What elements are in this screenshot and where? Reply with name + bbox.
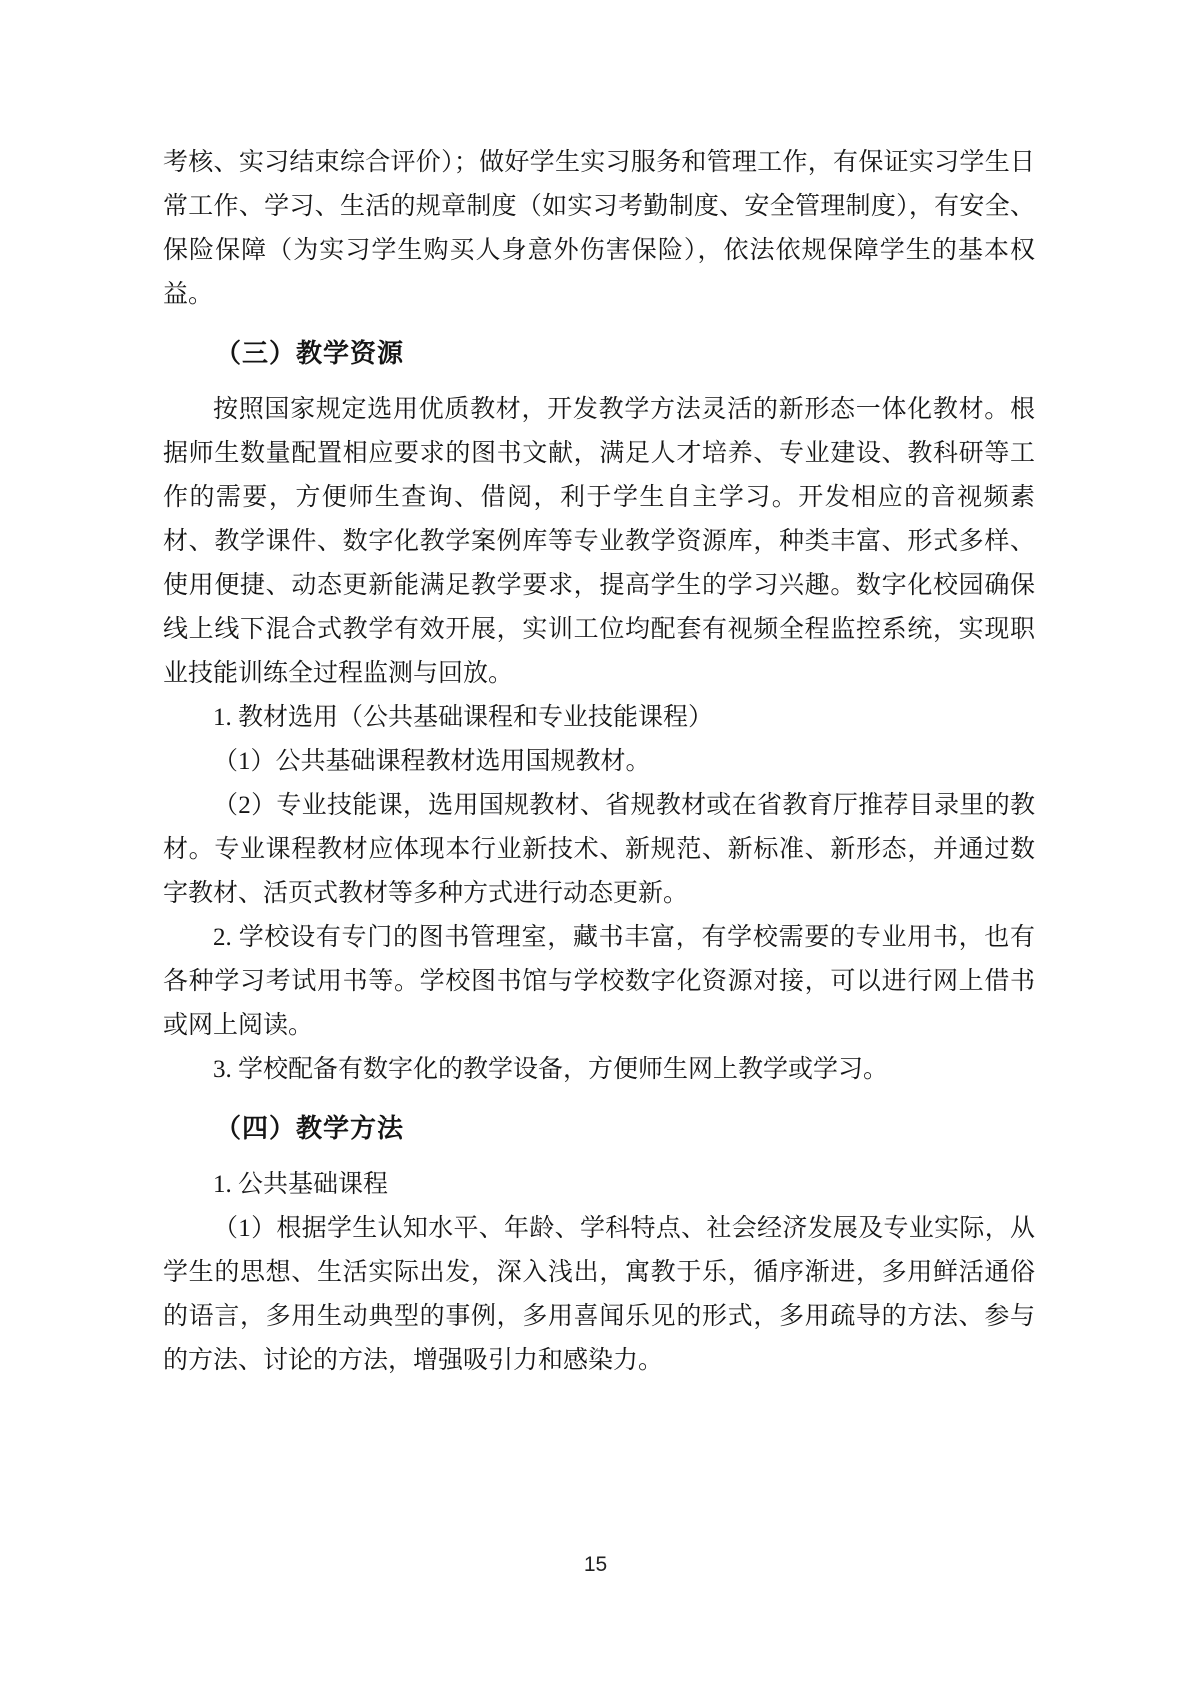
list-item-textbook-selection: 1. 教材选用（公共基础课程和专业技能课程） [163,696,1035,740]
list-item-public-basic-textbooks: （1）公共基础课程教材选用国规教材。 [163,740,1035,784]
list-item-professional-skill-textbooks: （2）专业技能课，选用国规教材、省规教材或在省教育厅推荐目录里的教材。专业课程教… [163,784,1035,916]
section-heading-teaching-resources: （三）教学资源 [163,331,1035,375]
list-item-digital-equipment: 3. 学校配备有数字化的教学设备，方便师生网上教学或学习。 [163,1048,1035,1092]
document-page: 考核、实习结束综合评价）；做好学生实习服务和管理工作，有保证实习学生日常工作、学… [0,0,1191,1684]
section-heading-teaching-methods: （四）教学方法 [163,1106,1035,1150]
paragraph-teaching-method-detail: （1）根据学生认知水平、年龄、学科特点、社会经济发展及专业实际，从学生的思想、生… [163,1207,1035,1383]
document-body: 考核、实习结束综合评价）；做好学生实习服务和管理工作，有保证实习学生日常工作、学… [163,141,1035,1383]
list-item-public-basic-courses: 1. 公共基础课程 [163,1163,1035,1207]
page-number: 15 [0,1552,1191,1578]
paragraph-teaching-resources-overview: 按照国家规定选用优质教材，开发教学方法灵活的新形态一体化教材。根据师生数量配置相… [163,388,1035,696]
paragraph-internship-guarantee: 考核、实习结束综合评价）；做好学生实习服务和管理工作，有保证实习学生日常工作、学… [163,141,1035,317]
list-item-library: 2. 学校设有专门的图书管理室，藏书丰富，有学校需要的专业用书，也有各种学习考试… [163,916,1035,1048]
